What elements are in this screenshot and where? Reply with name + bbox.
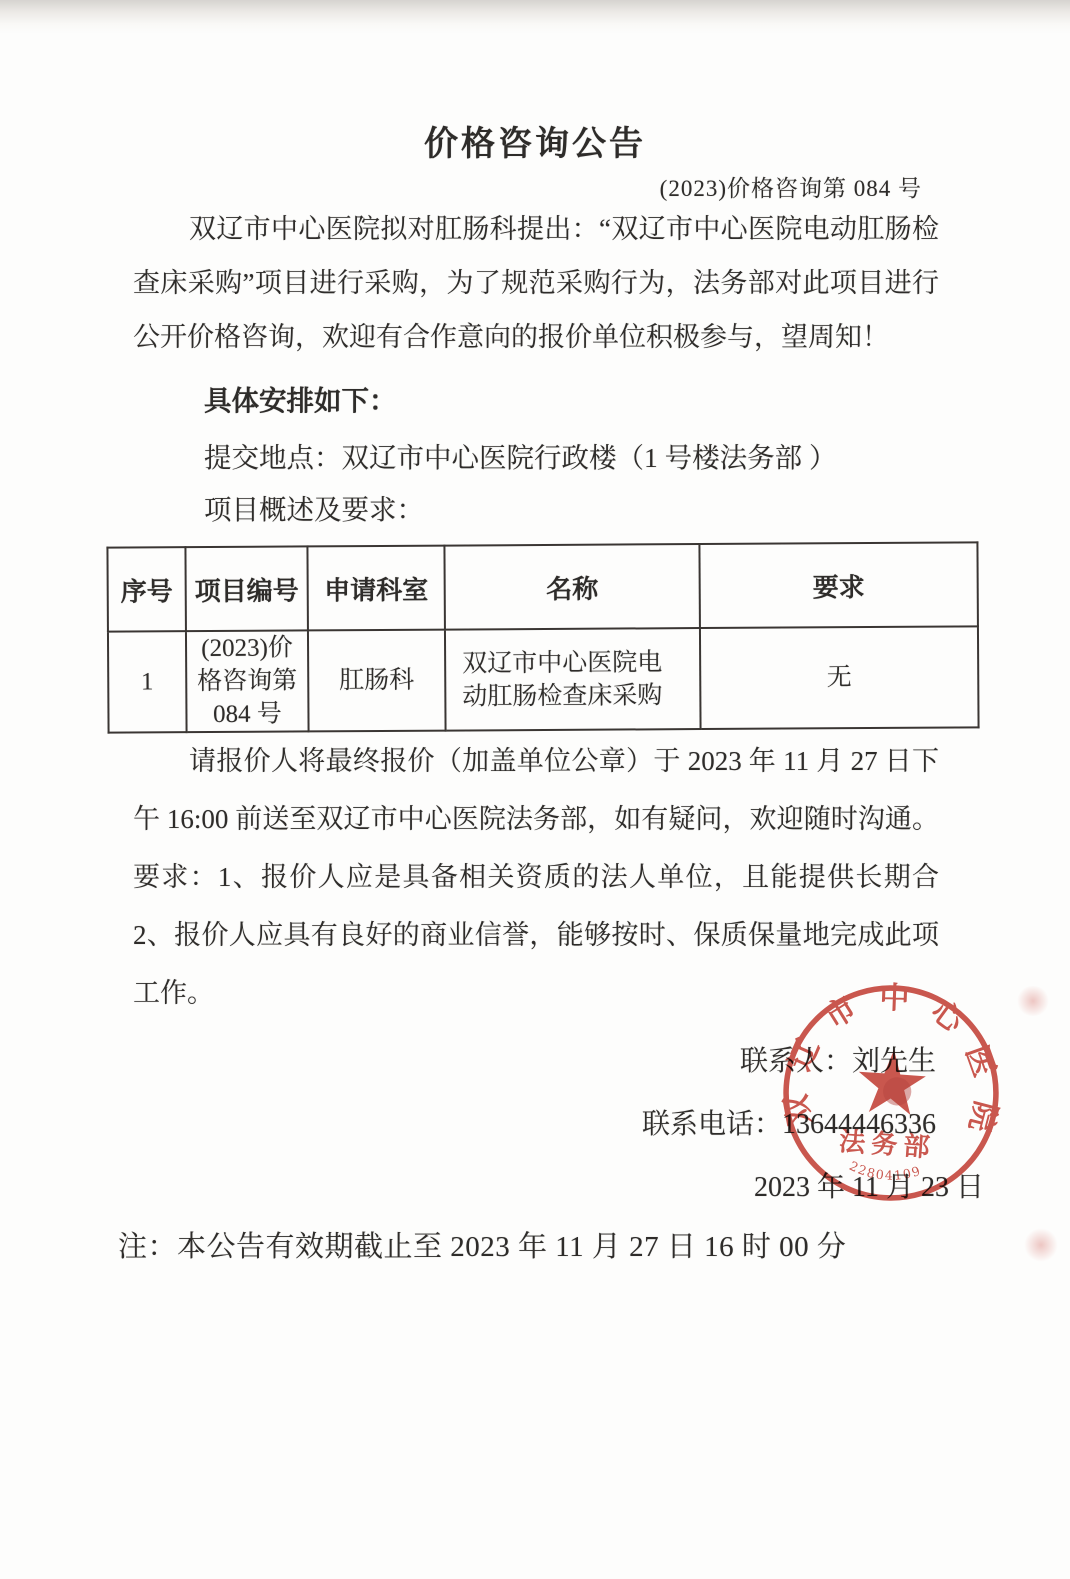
cell-name: 双辽市中心医院电动肛肠检查床采购 xyxy=(445,628,701,731)
project-table: 序号 项目编号 申请科室 名称 要求 1 (2023)价格咨询第 084 号 肛… xyxy=(106,541,979,733)
validity-note: 注：本公告有效期截止至 2023 年 11 月 27 日 16 时 00 分 xyxy=(118,1224,846,1265)
table-header-row: 序号 项目编号 申请科室 名称 要求 xyxy=(107,542,977,631)
table-header-dept: 申请科室 xyxy=(307,546,445,631)
scanned-announcement-page: 价格咨询公告 (2023)价格咨询第 084 号 双辽市中心医院拟对肛肠科提出：… xyxy=(0,0,1070,1579)
cell-code: (2023)价格咨询第 084 号 xyxy=(186,630,309,732)
deadline-line: 2、报价人应具有良好的商业信誉，能够按时、保质保量地完成此项 xyxy=(133,906,939,964)
scan-smudge xyxy=(1016,986,1050,1016)
overview-heading: 项目概述及要求： xyxy=(204,487,424,527)
schedule-heading: 具体安排如下： xyxy=(204,378,397,418)
submit-location: 提交地点：双辽市中心医院行政楼（1 号楼法务部 ） xyxy=(204,435,837,475)
scan-edge-shadow xyxy=(0,0,1070,34)
document-number: (2023)价格咨询第 084 号 xyxy=(660,170,922,203)
cell-requirement: 无 xyxy=(700,626,979,729)
cell-seq: 1 xyxy=(108,631,187,732)
intro-line: 双辽市中心医院拟对肛肠科提出：“双辽市中心医院电动肛肠检 xyxy=(133,202,939,256)
table-header-requirement: 要求 xyxy=(699,542,978,628)
table-header-name: 名称 xyxy=(444,544,700,630)
scan-smudge xyxy=(1024,1228,1058,1262)
intro-line: 查床采购”项目进行采购，为了规范采购行为，法务部对此项目进行 xyxy=(133,256,939,310)
document-title: 价格咨询公告 xyxy=(0,116,1070,165)
official-seal-stamp: 双辽市中心医院 法务部 2280410906 xyxy=(770,972,1011,1213)
intro-line: 公开价格咨询，欢迎有合作意向的报价单位积极参与，望周知！ xyxy=(133,310,939,364)
deadline-line: 请报价人将最终报价（加盖单位公章）于 2023 年 11 月 27 日下 xyxy=(133,732,939,790)
deadline-line: 要求：1、报价人应是具备相关资质的法人单位，且能提供长期合作； xyxy=(133,848,939,906)
deadline-line: 午 16:00 前送至双辽市中心医院法务部，如有疑问，欢迎随时沟通。 xyxy=(133,790,939,848)
table-header-code: 项目编号 xyxy=(185,546,308,631)
intro-paragraph: 双辽市中心医院拟对肛肠科提出：“双辽市中心医院电动肛肠检 查床采购”项目进行采购… xyxy=(133,202,939,364)
table-header-seq: 序号 xyxy=(107,547,186,631)
seal-dept-text: 法务部 xyxy=(838,1126,937,1163)
cell-dept: 肛肠科 xyxy=(308,630,446,732)
table-row: 1 (2023)价格咨询第 084 号 肛肠科 双辽市中心医院电动肛肠检查床采购… xyxy=(108,626,979,732)
